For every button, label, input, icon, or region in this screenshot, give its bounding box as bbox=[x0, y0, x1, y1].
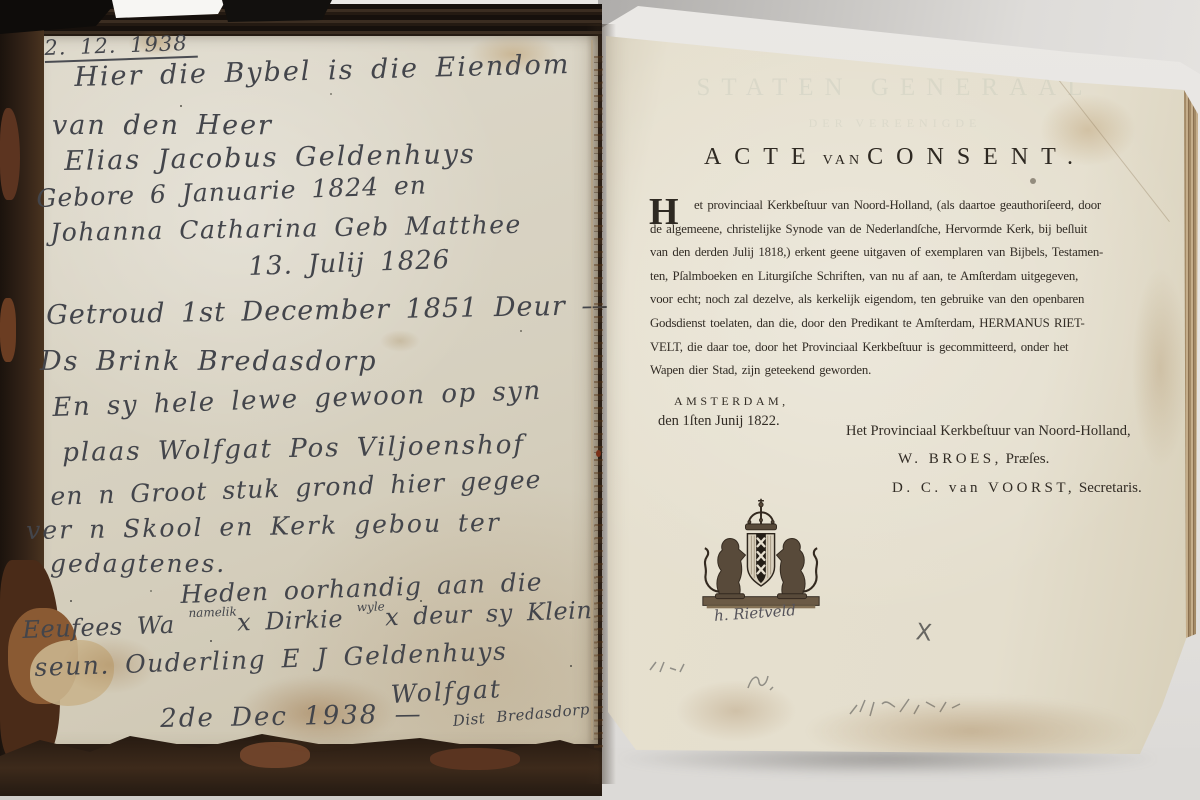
leather-fragment bbox=[430, 748, 520, 770]
title-word: ACTE bbox=[704, 144, 819, 170]
signer-title: Secretaris. bbox=[1079, 480, 1142, 496]
paragraph-line: ten, Pſalmboeken en Liturgiſche Schrifte… bbox=[650, 265, 1152, 289]
ink-speck bbox=[1030, 178, 1036, 184]
paragraph-line: van den derden Julij 1818,) erkent geene… bbox=[650, 241, 1152, 265]
amsterdam-coat-of-arms bbox=[698, 496, 824, 614]
crown-icon bbox=[745, 499, 776, 530]
ghost-text: DE bbox=[800, 48, 980, 64]
handwriting-date: 2. 12. 1938 bbox=[44, 31, 198, 63]
book-clasp bbox=[222, 0, 332, 22]
inserted-word: namelik bbox=[188, 605, 237, 621]
consent-paragraph: et provinciaal Kerkbeſtuur van Noord-Hol… bbox=[650, 194, 1152, 383]
stain bbox=[596, 450, 601, 457]
signature-president: W. BROES, Præſes. bbox=[898, 451, 1049, 468]
paragraph-line: de algemeene, christelijke Synode van de… bbox=[650, 218, 1152, 242]
shield bbox=[747, 534, 774, 586]
signer-name: W. BROES, bbox=[898, 451, 1002, 467]
torn-edge-speckles bbox=[594, 56, 603, 748]
book-photo: 2. 12. 1938 Hier die Bybel is die Eiendo… bbox=[0, 0, 1200, 800]
signature-org: Het Provinciaal Kerkbeſtuur van Noord-Ho… bbox=[846, 423, 1131, 440]
stain bbox=[380, 330, 420, 352]
paragraph-line: Wapen dier Stad, zijn geteekend geworden… bbox=[650, 359, 1152, 383]
dateline-place: AMSTERDAM, bbox=[674, 394, 789, 409]
lion-right-icon bbox=[777, 539, 818, 599]
page-edge bbox=[591, 40, 593, 740]
inserted-word: wyle bbox=[357, 599, 385, 614]
stain bbox=[1132, 268, 1188, 468]
ghost-text: DER VEREENIGDE bbox=[730, 116, 1060, 131]
ink-specks bbox=[180, 105, 182, 107]
lion-left-icon bbox=[705, 539, 746, 599]
paragraph-line: VELT, die daar toe, door het Provinciaal… bbox=[650, 336, 1152, 360]
handwriting-segment: x Dirkie bbox=[237, 604, 358, 636]
stain bbox=[676, 680, 796, 742]
handwriting-segment: Eeufees Wa bbox=[22, 610, 189, 644]
handwriting-line: van den Heer bbox=[52, 110, 273, 141]
paragraph-line: voor echt; noch zal dezelve, als kerkeli… bbox=[650, 288, 1152, 312]
handwriting-line: 2de Dec 1938 — bbox=[160, 699, 423, 734]
page-stack-fore-edge bbox=[1184, 86, 1199, 646]
handwriting-line: Ds Brink Bredasdorp bbox=[40, 346, 378, 377]
handwriting-line: gedagtenes. bbox=[50, 549, 226, 578]
stain bbox=[1040, 94, 1136, 166]
signer-name: D. C. van VOORST, bbox=[892, 480, 1075, 496]
right-page-paper: DE STATEN GENERAAL DER VEREENIGDE ACTE v… bbox=[600, 28, 1192, 762]
dateline-date: den 1ſten Junij 1822. bbox=[658, 413, 780, 430]
pencil-mark: X bbox=[915, 619, 933, 647]
leather-tear bbox=[0, 298, 16, 362]
paragraph-line: Godsdienst toelaten, dan die, door den P… bbox=[650, 312, 1152, 336]
signer-title: Præſes. bbox=[1006, 451, 1050, 467]
ghost-text: STATEN GENERAAL bbox=[655, 74, 1135, 102]
paragraph-line: et provinciaal Kerkbeſtuur van Noord-Hol… bbox=[650, 194, 1152, 218]
pencil-scribbles bbox=[648, 656, 688, 676]
title-word: van bbox=[823, 153, 864, 168]
signature-secretary: D. C. van VOORST, Secretaris. bbox=[892, 480, 1142, 497]
